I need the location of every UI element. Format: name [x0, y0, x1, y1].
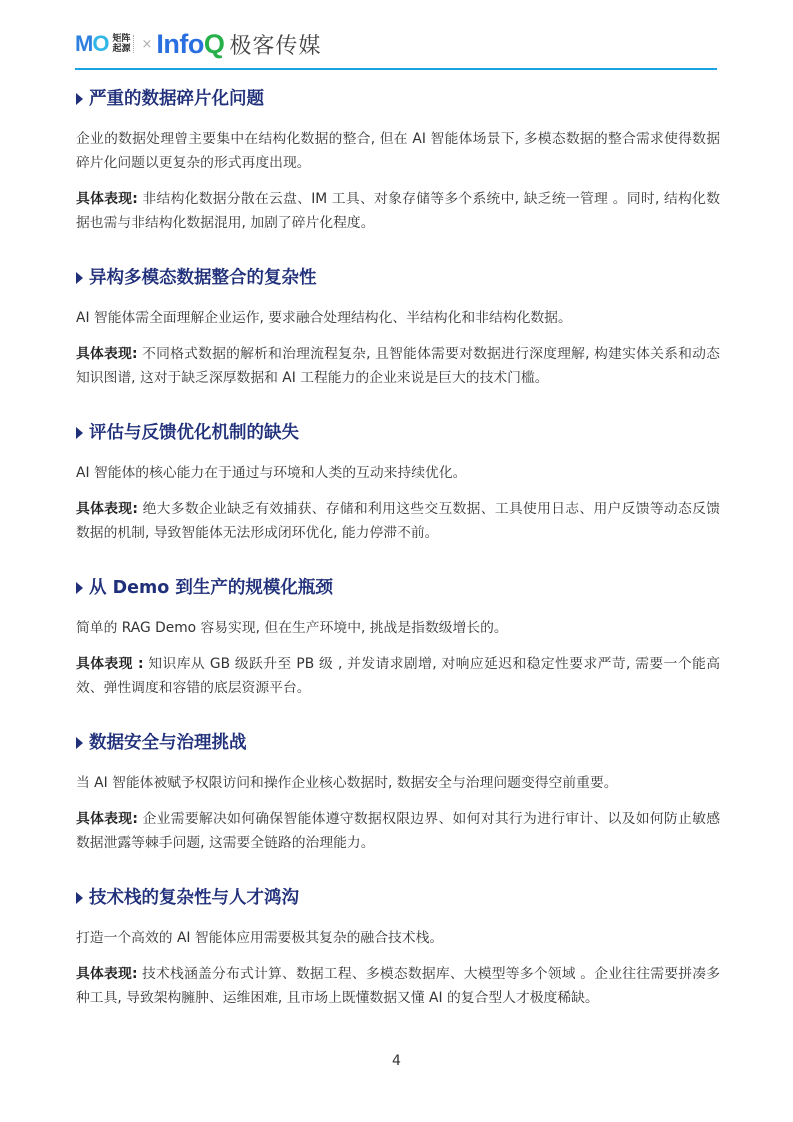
triangle-bullet-icon: [76, 582, 83, 594]
geek-media-logo-text: 极客传媒: [229, 29, 321, 60]
section-detail: 具体表现: 非结构化数据分散在云盘、IM 工具、对象存储等多个系统中, 缺乏统一…: [76, 187, 720, 235]
detail-text: 绝大多数企业缺乏有效捕获、存储和利用这些交互数据、工具使用日志、用户反馈等动态反…: [76, 501, 720, 541]
section-title: 严重的数据碎片化问题: [89, 86, 264, 112]
section-detail: 具体表现: 不同格式数据的解析和治理流程复杂, 且智能体需要对数据进行深度理解,…: [76, 342, 720, 390]
section-title: 异构多模态数据整合的复杂性: [89, 265, 317, 291]
triangle-bullet-icon: [76, 93, 83, 105]
mo-logo-text: 矩阵 起源: [112, 34, 130, 54]
mo-logo-icon: MO: [75, 33, 108, 55]
mo-logo-text-line2: 起源: [112, 44, 130, 54]
collab-separator: ×: [141, 37, 152, 52]
section-detail: 具体表现 : 知识库从 GB 级跃升至 PB 级 , 并发请求剧增, 对响应延迟…: [76, 652, 720, 700]
section-title: 从 Demo 到生产的规模化瓶颈: [89, 575, 333, 601]
infoq-logo: InfoQ: [156, 31, 224, 58]
detail-label: 具体表现:: [76, 501, 138, 517]
page-number: 4: [0, 1053, 793, 1069]
section-heading: 数据安全与治理挑战: [76, 730, 720, 756]
section-title: 技术栈的复杂性与人才鸿沟: [89, 885, 299, 911]
detail-text: 非结构化数据分散在云盘、IM 工具、对象存储等多个系统中, 缺乏统一管理 。同时…: [76, 191, 720, 231]
section-demo-to-production: 从 Demo 到生产的规模化瓶颈 简单的 RAG Demo 容易实现, 但在生产…: [76, 575, 720, 700]
section-heading: 严重的数据碎片化问题: [76, 86, 720, 112]
detail-label: 具体表现:: [76, 191, 138, 207]
section-heading: 异构多模态数据整合的复杂性: [76, 265, 720, 291]
detail-text: 企业需要解决如何确保智能体遵守数据权限边界、如何对其行为进行审计、以及如何防止敏…: [76, 811, 720, 851]
matrix-origin-logo: MO 矩阵 起源: [75, 33, 136, 55]
section-heading: 技术栈的复杂性与人才鸿沟: [76, 885, 720, 911]
detail-text: 技术栈涵盖分布式计算、数据工程、多模态数据库、大模型等多个领域 。企业往往需要拼…: [76, 966, 720, 1006]
section-intro: AI 智能体的核心能力在于通过与环境和人类的互动来持续优化。: [76, 461, 720, 485]
triangle-bullet-icon: [76, 272, 83, 284]
section-data-fragmentation: 严重的数据碎片化问题 企业的数据处理曾主要集中在结构化数据的整合, 但在 AI …: [76, 86, 720, 235]
detail-label: 具体表现:: [76, 811, 138, 827]
section-intro: AI 智能体需全面理解企业运作, 要求融合处理结构化、半结构化和非结构化数据。: [76, 306, 720, 330]
section-detail: 具体表现: 绝大多数企业缺乏有效捕获、存储和利用这些交互数据、工具使用日志、用户…: [76, 497, 720, 545]
detail-label: 具体表现 :: [76, 656, 144, 672]
section-intro: 当 AI 智能体被赋予权限访问和操作企业核心数据时, 数据安全与治理问题变得空前…: [76, 771, 720, 795]
section-title: 评估与反馈优化机制的缺失: [89, 420, 299, 446]
section-intro: 简单的 RAG Demo 容易实现, 但在生产环境中, 挑战是指数级增长的。: [76, 616, 720, 640]
section-heading: 评估与反馈优化机制的缺失: [76, 420, 720, 446]
section-tech-stack-talent: 技术栈的复杂性与人才鸿沟 打造一个高效的 AI 智能体应用需要极其复杂的融合技术…: [76, 885, 720, 1010]
header-rule: [75, 68, 717, 70]
page-header: MO 矩阵 起源 × InfoQ 极客传媒: [75, 26, 717, 62]
section-multimodal-integration: 异构多模态数据整合的复杂性 AI 智能体需全面理解企业运作, 要求融合处理结构化…: [76, 265, 720, 390]
section-heading: 从 Demo 到生产的规模化瓶颈: [76, 575, 720, 601]
section-intro: 企业的数据处理曾主要集中在结构化数据的整合, 但在 AI 智能体场景下, 多模态…: [76, 127, 720, 175]
section-intro: 打造一个高效的 AI 智能体应用需要极其复杂的融合技术栈。: [76, 926, 720, 950]
triangle-bullet-icon: [76, 737, 83, 749]
detail-label: 具体表现:: [76, 346, 138, 362]
section-title: 数据安全与治理挑战: [89, 730, 247, 756]
mo-logo-divider: [133, 35, 136, 53]
triangle-bullet-icon: [76, 427, 83, 439]
detail-text: 不同格式数据的解析和治理流程复杂, 且智能体需要对数据进行深度理解, 构建实体关…: [76, 346, 720, 386]
section-evaluation-feedback: 评估与反馈优化机制的缺失 AI 智能体的核心能力在于通过与环境和人类的互动来持续…: [76, 420, 720, 545]
detail-text: 知识库从 GB 级跃升至 PB 级 , 并发请求剧增, 对响应延迟和稳定性要求严…: [76, 656, 720, 696]
section-detail: 具体表现: 技术栈涵盖分布式计算、数据工程、多模态数据库、大模型等多个领域 。企…: [76, 962, 720, 1010]
mo-logo-text-line1: 矩阵: [112, 34, 130, 44]
page-content: 严重的数据碎片化问题 企业的数据处理曾主要集中在结构化数据的整合, 但在 AI …: [76, 86, 720, 1010]
section-detail: 具体表现: 企业需要解决如何确保智能体遵守数据权限边界、如何对其行为进行审计、以…: [76, 807, 720, 855]
detail-label: 具体表现:: [76, 966, 137, 982]
triangle-bullet-icon: [76, 892, 83, 904]
section-security-governance: 数据安全与治理挑战 当 AI 智能体被赋予权限访问和操作企业核心数据时, 数据安…: [76, 730, 720, 855]
